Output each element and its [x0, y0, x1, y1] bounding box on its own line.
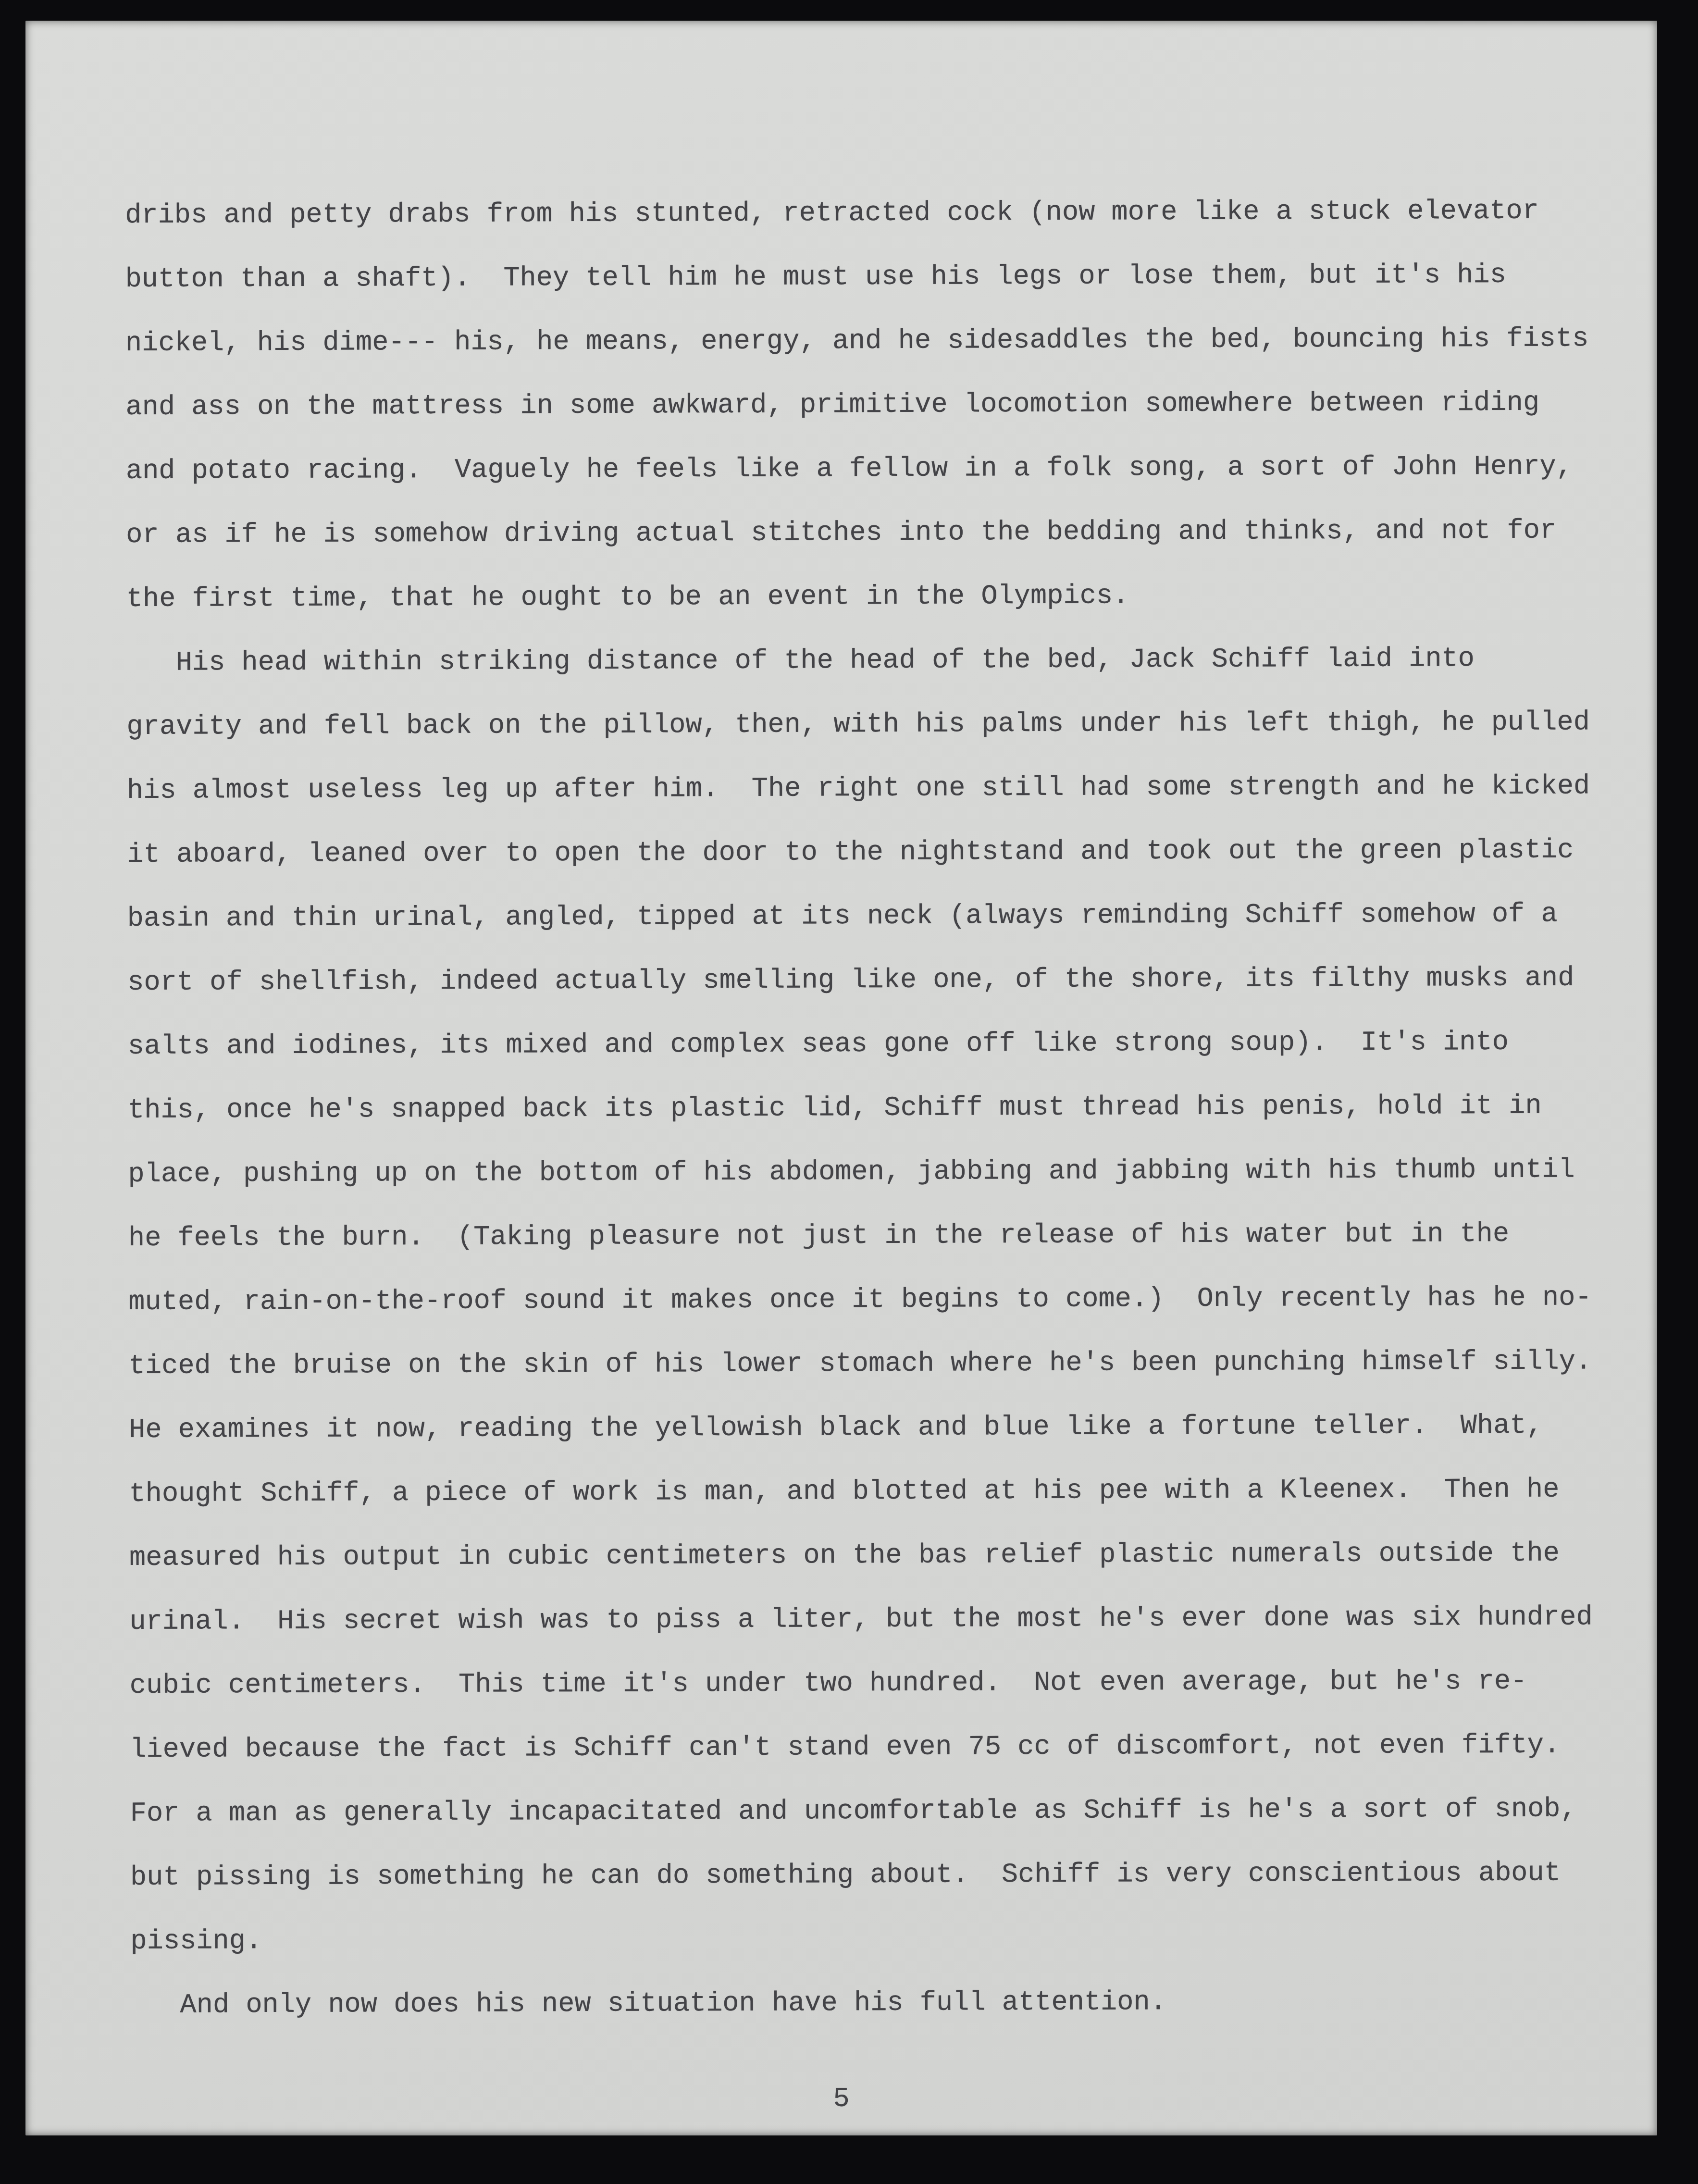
scan-background: { "colors": { "background": "#0b0b0d", "…	[0, 0, 1698, 2184]
text-line: muted, rain-on-the-roof sound it makes o…	[128, 1266, 1647, 1335]
text-line: basin and thin urinal, angled, tipped at…	[127, 882, 1646, 951]
manuscript-page: dribs and petty drabs from his stunted, …	[25, 21, 1657, 2135]
text-line-paragraph-start: His head within striking distance of the…	[126, 627, 1645, 695]
text-line: it aboard, leaned over to open the door …	[127, 819, 1646, 887]
text-line: the first time, that he ought to be an e…	[126, 563, 1645, 632]
text-line: but pissing is something he can do somet…	[130, 1841, 1649, 1910]
text-line: salts and iodines, its mixed and complex…	[127, 1010, 1646, 1079]
text-line: nickel, his dime--- his, he means, energ…	[125, 307, 1644, 376]
text-line: pissing.	[130, 1905, 1649, 1974]
text-line: ticed the bruise on the skin of his lowe…	[129, 1330, 1648, 1399]
text-line: For a man as generally incapacitated and…	[130, 1777, 1648, 1846]
page-number: 5	[25, 2083, 1657, 2116]
text-line: his almost useless leg up after him. The…	[127, 755, 1646, 823]
text-line-paragraph-start: And only now does his new situation have…	[131, 1969, 1649, 2038]
text-line: and ass on the mattress in some awkward,…	[125, 371, 1644, 440]
text-line: or as if he is somehow driving actual st…	[126, 499, 1645, 568]
text-line: He examines it now, reading the yellowis…	[129, 1394, 1648, 1463]
text-line: he feels the burn. (Taking pleasure not …	[128, 1202, 1647, 1271]
text-line: urinal. His secret wish was to piss a li…	[129, 1586, 1648, 1654]
text-line: lieved because the fact is Schiff can't …	[130, 1713, 1648, 1782]
text-line: place, pushing up on the bottom of his a…	[128, 1138, 1647, 1207]
text-line: this, once he's snapped back its plastic…	[128, 1074, 1647, 1143]
text-line: gravity and fell back on the pillow, the…	[126, 691, 1645, 759]
text-line: button than a shaft). They tell him he m…	[125, 243, 1644, 312]
text-line: cubic centimeters. This time it's under …	[130, 1650, 1648, 1718]
text-line: and potato racing. Vaguely he feels like…	[126, 435, 1645, 504]
typewritten-text-block: dribs and petty drabs from his stunted, …	[125, 179, 1649, 2038]
text-line: measured his output in cubic centimeters…	[129, 1522, 1648, 1590]
text-line: dribs and petty drabs from his stunted, …	[125, 179, 1644, 248]
text-line: sort of shellfish, indeed actually smell…	[127, 946, 1646, 1015]
text-line: thought Schiff, a piece of work is man, …	[129, 1458, 1648, 1526]
